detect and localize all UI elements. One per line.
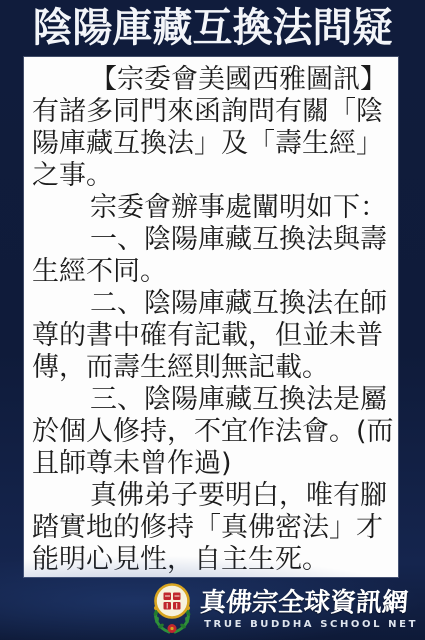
poster-background: 陰陽庫藏互換法問疑 【宗委會美國西雅圖訊】有諸多同門來函詢問有關「陰陽庫藏互換法… — [0, 0, 425, 640]
text-line: 尊的書中確有記載，但並未普 — [32, 320, 390, 352]
text-line: 三、陰陽庫藏互換法是屬 — [32, 384, 390, 416]
true-buddha-school-logo: 真佛宗全球資訊網 TRUE BUDDHA SCHOOL NET — [149, 582, 418, 635]
text-line: 傳，而壽生經則無記載。 — [32, 352, 390, 384]
text-line: 生經不同。 — [32, 256, 390, 288]
site-name-chinese: 真佛宗全球資訊網 — [199, 588, 409, 618]
text-line: 能明心見性，自主生死。 — [32, 544, 390, 576]
text-line: 踏實地的修持「真佛密法」才 — [32, 512, 390, 544]
text-line: 之事。 — [32, 160, 390, 192]
text-line: 宗委會辦事處闡明如下： — [32, 192, 390, 224]
text-line: 於個人修持，不宜作法會。(而 — [32, 416, 390, 448]
announcement-card: 【宗委會美國西雅圖訊】有諸多同門來函詢問有關「陰陽庫藏互換法」及「壽生經」之事。… — [24, 57, 398, 577]
text-line: 一、陰陽庫藏互換法與壽 — [32, 224, 390, 256]
footer: 真佛宗全球資訊網 TRUE BUDDHA SCHOOL NET — [0, 577, 425, 640]
text-line: 二、陰陽庫藏互換法在師 — [32, 288, 390, 320]
page-title: 陰陽庫藏互換法問疑 — [0, 0, 425, 57]
article-text: 【宗委會美國西雅圖訊】有諸多同門來函詢問有關「陰陽庫藏互換法」及「壽生經」之事。… — [32, 64, 390, 576]
true-buddha-school-seal-icon — [149, 582, 195, 635]
text-line: 且師尊未曾作過) — [32, 448, 390, 480]
text-line: 陽庫藏互換法」及「壽生經」 — [32, 128, 390, 160]
text-line: 【宗委會美國西雅圖訊】 — [32, 64, 390, 96]
logo-text: 真佛宗全球資訊網 TRUE BUDDHA SCHOOL NET — [200, 588, 418, 630]
site-name-english: TRUE BUDDHA SCHOOL NET — [200, 619, 418, 630]
text-line: 有諸多同門來函詢問有關「陰 — [32, 96, 390, 128]
text-line: 真佛弟子要明白，唯有腳 — [32, 480, 390, 512]
